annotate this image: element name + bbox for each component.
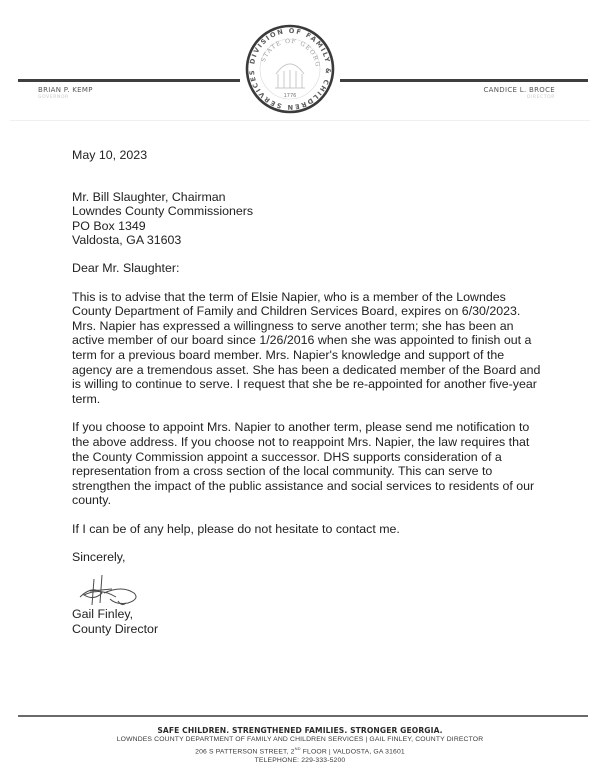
recipient-line: PO Box 1349 bbox=[72, 219, 542, 234]
footer-department: LOWNDES COUNTY DEPARTMENT OF FAMILY AND … bbox=[0, 735, 600, 744]
recipient-line: Mr. Bill Slaughter, Chairman bbox=[72, 190, 542, 205]
signer-name: Gail Finley, bbox=[72, 607, 542, 622]
state-seal-icon: DIVISION OF FAMILY & CHILDREN SERVICES S… bbox=[245, 24, 335, 114]
recipient-line: Valdosta, GA 31603 bbox=[72, 233, 542, 248]
governor-title: GOVERNOR bbox=[38, 95, 93, 100]
paragraph-contact: If I can be of any help, please do not h… bbox=[72, 522, 542, 537]
signature-icon bbox=[72, 567, 542, 607]
svg-text:1776: 1776 bbox=[284, 93, 297, 99]
director-name: CANDICE L. BROCE bbox=[483, 86, 555, 94]
paragraph-appointment: If you choose to appoint Mrs. Napier to … bbox=[72, 420, 542, 508]
governor-block: BRIAN P. KEMP GOVERNOR bbox=[38, 86, 93, 100]
footer-rule bbox=[18, 715, 588, 717]
governor-name: BRIAN P. KEMP bbox=[38, 86, 93, 94]
salutation: Dear Mr. Slaughter: bbox=[72, 261, 542, 276]
footer-address-street: 206 S PATTERSON STREET, 2 bbox=[195, 748, 294, 755]
footer-address-city: FLOOR | VALDOSTA, GA 31601 bbox=[301, 748, 405, 755]
paragraph-term-notice: This is to advise that the term of Elsie… bbox=[72, 290, 542, 407]
signer-title: County Director bbox=[72, 622, 542, 637]
closing: Sincerely, bbox=[72, 550, 542, 565]
director-title: DIRECTOR bbox=[483, 95, 555, 100]
footer: SAFE CHILDREN. STRENGTHENED FAMILIES. ST… bbox=[0, 726, 600, 765]
header-divider bbox=[10, 120, 590, 121]
footer-address: 206 S PATTERSON STREET, 2ND FLOOR | VALD… bbox=[0, 744, 600, 756]
letter-body: May 10, 2023 Mr. Bill Slaughter, Chairma… bbox=[72, 148, 542, 636]
director-block: CANDICE L. BROCE DIRECTOR bbox=[483, 86, 555, 100]
recipient-line: Lowndes County Commissioners bbox=[72, 204, 542, 219]
footer-motto: SAFE CHILDREN. STRENGTHENED FAMILIES. ST… bbox=[0, 726, 600, 735]
footer-telephone: TELEPHONE: 229-333-5200 bbox=[0, 756, 600, 765]
recipient-address: Mr. Bill Slaughter, Chairman Lowndes Cou… bbox=[72, 190, 542, 248]
letter-date: May 10, 2023 bbox=[72, 148, 542, 163]
